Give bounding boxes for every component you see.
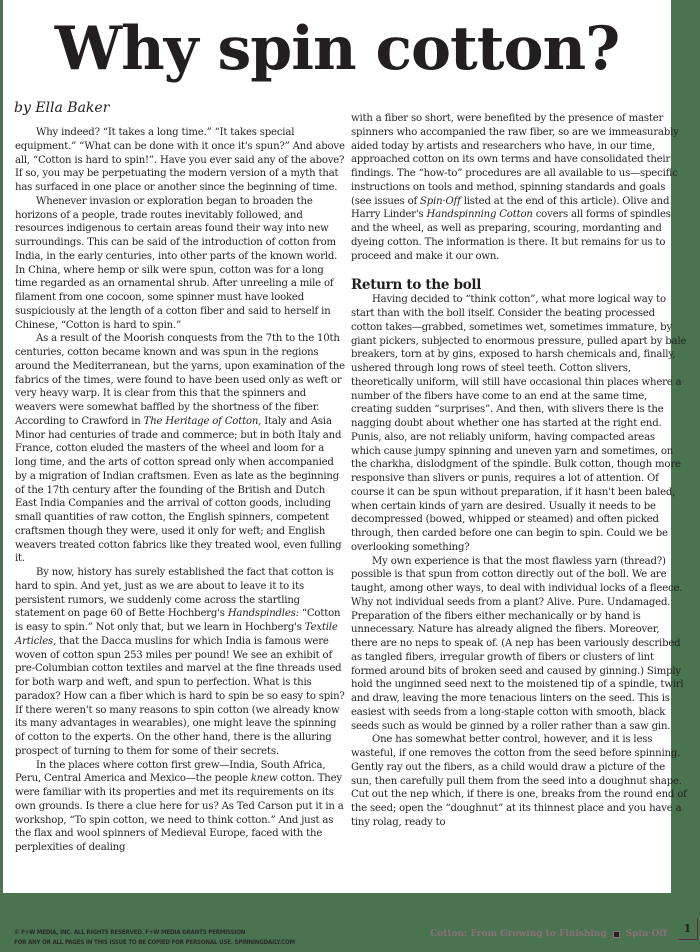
paragraph-continued: with a fiber so short, were benefited by… <box>351 112 687 263</box>
paragraph: As a result of the Moorish conquests fro… <box>15 332 345 566</box>
paragraph: Whenever invasion or exploration began t… <box>15 195 345 333</box>
copyright-notice: © F+W MEDIA, INC. ALL RIGHTS RESERVED. F… <box>14 928 295 948</box>
paragraph: In the places where cotton first grew—In… <box>15 759 345 855</box>
right-column: with a fiber so short, were benefited by… <box>351 112 687 830</box>
copyright-line-1: © F+W MEDIA, INC. ALL RIGHTS RESERVED. F… <box>14 928 295 938</box>
page-number: 1 <box>678 918 698 940</box>
running-footer: Cotton: From Growing to Finishing Spin·O… <box>430 929 667 939</box>
paragraph: My own experience is that the most flawl… <box>351 555 687 734</box>
magazine-name: Spin·Off <box>626 929 667 939</box>
square-bullet-icon <box>613 931 620 938</box>
article-title: Why spin cotton? <box>3 14 671 84</box>
paragraph: Why indeed? “It takes a long time.” “It … <box>15 126 345 195</box>
publication-title: Cotton: From Growing to Finishing <box>430 929 607 939</box>
section-heading: Return to the boll <box>351 277 687 293</box>
article-byline: by Ella Baker <box>14 100 109 116</box>
left-column: Why indeed? “It takes a long time.” “It … <box>15 126 345 855</box>
paragraph: One has somewhat better control, however… <box>351 733 687 829</box>
copyright-line-2: FOR ANY OR ALL PAGES IN THIS ISSUE TO BE… <box>14 938 295 948</box>
article-page: Why spin cotton? by Ella Baker Why indee… <box>3 0 671 893</box>
paragraph: By now, history has surely established t… <box>15 566 345 759</box>
paragraph: Having decided to “think cotton”, what m… <box>351 293 687 554</box>
